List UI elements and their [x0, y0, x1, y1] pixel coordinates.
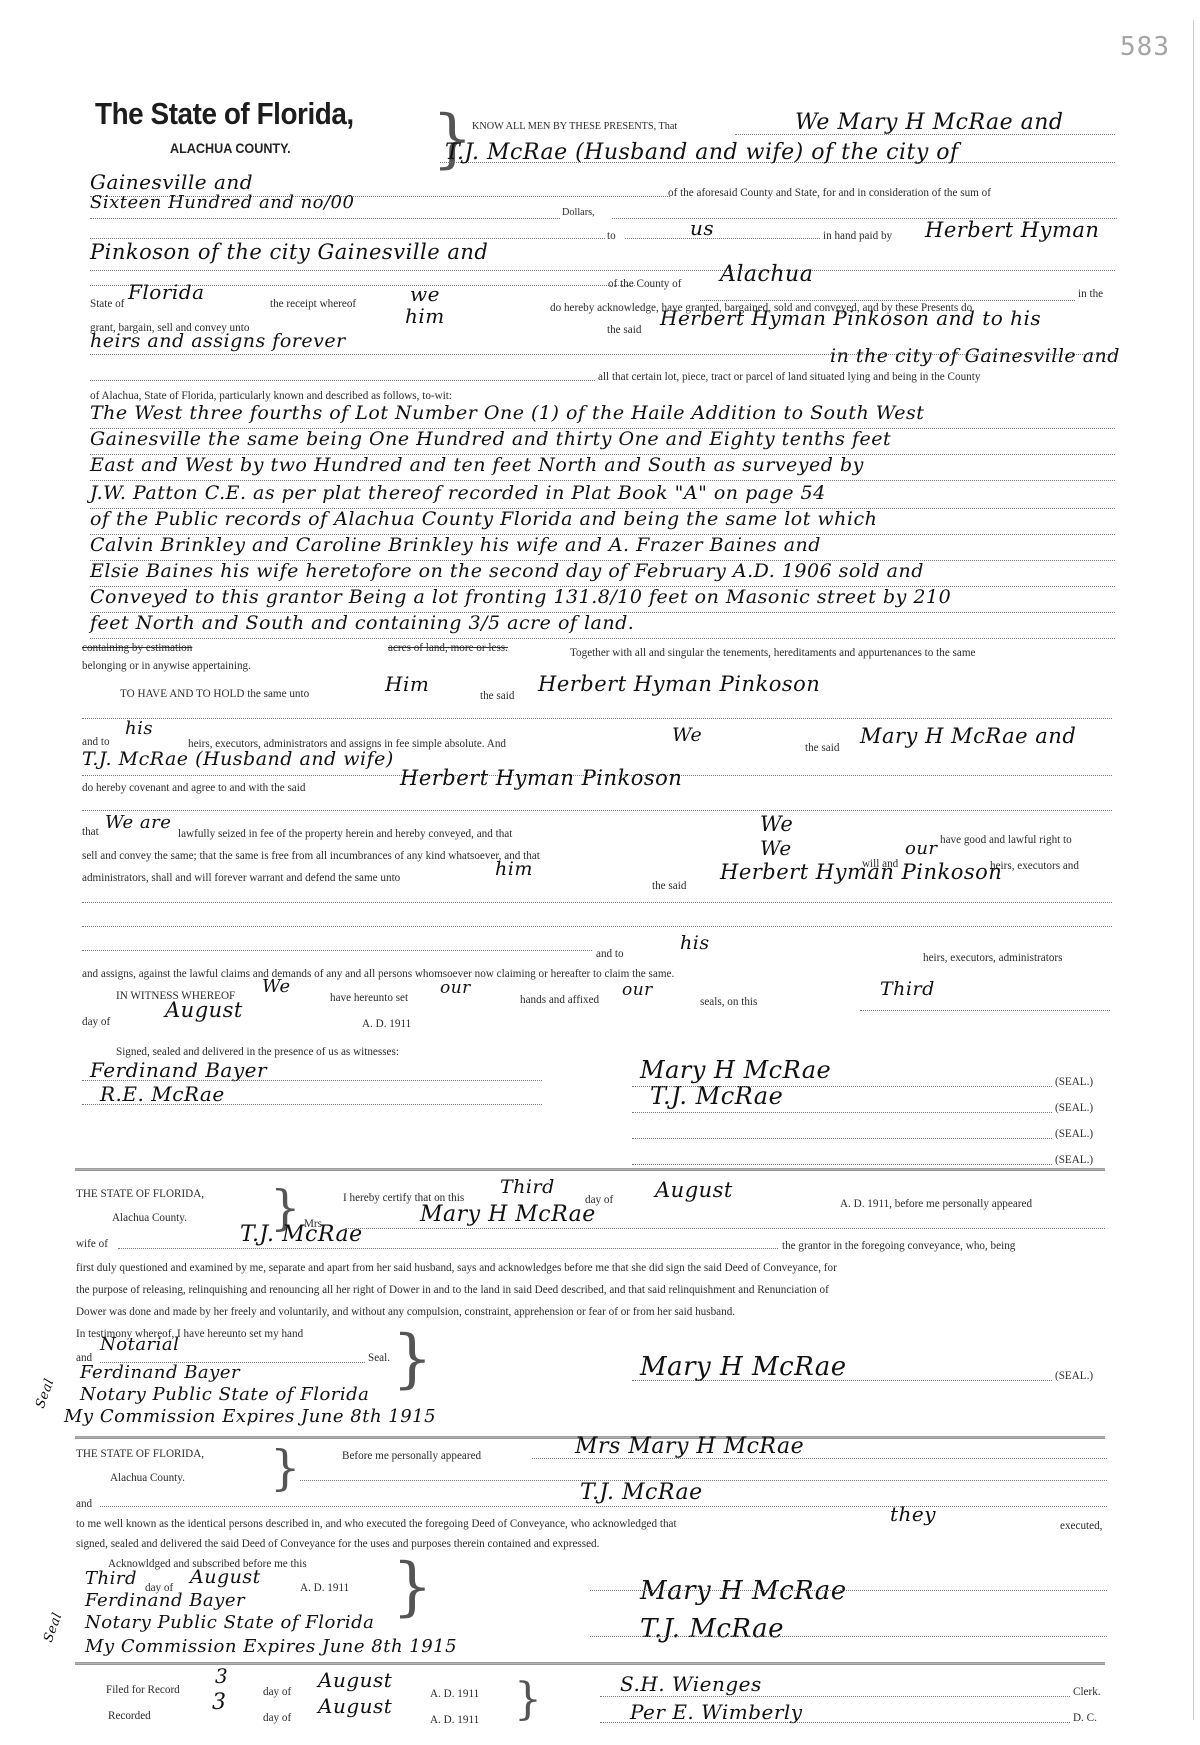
- document-title: The State of Florida,: [95, 96, 354, 132]
- fill-line: [82, 926, 1112, 927]
- heirs-exec-label: heirs, executors and: [990, 858, 1079, 873]
- fill-line: [90, 428, 1115, 429]
- fill-line: [90, 586, 1115, 587]
- wife-of-handwriting: T.J. McRae: [240, 1222, 363, 1247]
- description-line: The West three fourths of Lot Number One…: [90, 402, 924, 424]
- known-text: to me well known as the identical person…: [76, 1516, 677, 1531]
- dower-ad-text: A. D. 1911, before me personally appeare…: [840, 1196, 1032, 1211]
- grantee-handwriting: Herbert Hyman: [925, 218, 1099, 242]
- brace-icon: }: [514, 1674, 542, 1725]
- county-heading: ALACHUA COUNTY.: [170, 140, 291, 156]
- fill-line: [90, 534, 1115, 535]
- filed-day-of: day of: [263, 1684, 291, 1699]
- signature-line: [590, 1590, 1107, 1591]
- page-edge: [1193, 20, 1194, 1720]
- ack-month-handwriting: August: [190, 1566, 261, 1588]
- signature-line: [632, 1112, 1052, 1113]
- fill-line: [532, 1458, 1107, 1459]
- grantors-handwriting-2: T.J. McRae (Husband and wife) of the cit…: [445, 140, 959, 165]
- receipt-handwriting: we: [410, 282, 440, 306]
- admin-text: administrators, shall and will forever w…: [82, 870, 400, 885]
- signature-line: [82, 1104, 542, 1105]
- fill-line: [82, 810, 1112, 811]
- day-handwriting: Third: [880, 978, 935, 1000]
- dower-month-handwriting: August: [655, 1178, 733, 1202]
- fill-line: [625, 238, 820, 239]
- signature-line: [632, 1086, 1052, 1087]
- alachua-text: of Alachua, State of Florida, particular…: [90, 388, 452, 403]
- habendum-text: TO HAVE AND TO HOLD the same unto: [120, 686, 309, 701]
- notarial-handwriting: Notarial: [100, 1334, 179, 1355]
- signature-line: [600, 1696, 1070, 1697]
- signed-text: Signed, sealed and delivered in the pres…: [116, 1044, 399, 1059]
- fill-line: [82, 950, 592, 951]
- wife-of-label: wife of: [76, 1236, 108, 1251]
- brace-icon: }: [270, 1440, 301, 1496]
- belonging-text: belonging or in anywise appertaining.: [82, 658, 251, 673]
- fill-line: [90, 638, 1115, 639]
- section-divider: [75, 1168, 1105, 1171]
- recorded-day-of: day of: [263, 1710, 291, 1725]
- before-handwriting: Mrs Mary H McRae: [575, 1434, 804, 1459]
- grantors-handwriting: We Mary H McRae and: [795, 110, 1064, 135]
- clerk-signature: S.H. Wienges: [620, 1672, 762, 1696]
- acres-text: acres of land, more or less.: [388, 640, 508, 655]
- fill-line: [118, 1248, 778, 1249]
- recorded-day-handwriting: 3: [212, 1690, 227, 1715]
- deputy-clerk-signature: Per E. Wimberly: [630, 1700, 803, 1724]
- fill-line: [860, 1010, 1110, 1011]
- dower-paragraph: Dower was done and made by her freely an…: [76, 1304, 735, 1319]
- seals-label: seals, on this: [700, 994, 757, 1009]
- the-said-label: the said: [652, 878, 686, 893]
- affixed-handwriting: our: [622, 980, 653, 1000]
- before-text: Before me personally appeared: [342, 1448, 481, 1463]
- to-label: to: [607, 228, 616, 243]
- that-handwriting: We are: [105, 812, 171, 833]
- mrs-handwriting: Mary H McRae: [420, 1202, 596, 1227]
- assigns-text: and assigns, against the lawful claims a…: [82, 966, 674, 981]
- state-handwriting: Florida: [128, 280, 205, 304]
- grant-said-handwriting: Herbert Hyman Pinkoson and to his: [660, 306, 1041, 330]
- hereunto-handwriting: our: [440, 978, 471, 998]
- and-to-label: and to: [82, 734, 110, 749]
- recorded-ad: A. D. 1911: [430, 1712, 479, 1727]
- known-handwriting: they: [890, 1502, 936, 1526]
- seized-handwriting: We: [760, 812, 793, 836]
- state-of-label: State of: [90, 296, 124, 311]
- fill-line: [90, 508, 1115, 509]
- page-number: 583: [1120, 32, 1170, 62]
- ack-signed-text: signed, sealed and delivered the said De…: [76, 1536, 599, 1551]
- dollars-label: Dollars,: [562, 206, 595, 218]
- admin-handwriting: him: [495, 858, 533, 880]
- fill-line: [82, 902, 1112, 903]
- grantor-text: the grantor in the foregoing conveyance,…: [782, 1238, 1015, 1253]
- seal-label: (SEAL.): [1055, 1126, 1093, 1141]
- certify-day-handwriting: Third: [500, 1176, 555, 1198]
- heirs-handwriting: heirs and assigns forever: [90, 330, 346, 352]
- and-said-handwriting-2: T.J. McRae (Husband and wife): [82, 748, 394, 770]
- together-text: Together with all and singular the tenem…: [570, 645, 975, 660]
- signature-line: [632, 1164, 1052, 1165]
- and-said-handwriting: Mary H McRae and: [860, 724, 1076, 748]
- witness-signature: R.E. McRae: [100, 1082, 225, 1106]
- ack-state: THE STATE OF FLORIDA,: [76, 1446, 204, 1461]
- habendum-said-handwriting: Herbert Hyman Pinkoson: [538, 672, 820, 696]
- fill-line: [82, 718, 1112, 719]
- description-line: Conveyed to this grantor Being a lot fro…: [90, 586, 951, 608]
- grantee-handwriting-2: Pinkoson of the city Gainesville and: [90, 240, 488, 264]
- description-line: Calvin Brinkley and Caroline Brinkley hi…: [90, 534, 821, 556]
- right-text: have good and lawful right to: [940, 832, 1072, 847]
- county-state-text: of the aforesaid County and State, for a…: [668, 185, 991, 200]
- grantors-handwriting-3: Gainesville and: [90, 170, 253, 194]
- signature-line: [82, 1080, 542, 1081]
- filed-ad: A. D. 1911: [430, 1686, 479, 1701]
- dc-label: D. C.: [1073, 1710, 1097, 1725]
- notary-handwriting: Notary Public State of Florida: [80, 1384, 369, 1405]
- witness-signature: Ferdinand Bayer: [90, 1058, 267, 1082]
- of-county-label: of the County of: [608, 276, 681, 291]
- will-handwriting: our: [905, 838, 938, 859]
- seal-label: (SEAL.): [1055, 1152, 1093, 1167]
- and-handwriting: We: [672, 724, 702, 746]
- ack-ad-label: A. D. 1911: [300, 1580, 349, 1595]
- filed-day-handwriting: 3: [215, 1664, 228, 1688]
- dower-state: THE STATE OF FLORIDA,: [76, 1186, 204, 1201]
- seal-label: (SEAL.): [1055, 1074, 1093, 1089]
- day-of-label: day of: [82, 1014, 110, 1029]
- fill-line: [90, 612, 1115, 613]
- description-line: J.W. Patton C.E. as per plat thereof rec…: [90, 482, 826, 504]
- ad-label: A. D. 1911: [362, 1016, 411, 1031]
- description-line: Gainesville the same being One Hundred a…: [90, 428, 891, 450]
- recorded-month-handwriting: August: [318, 1694, 392, 1718]
- ack-and-handwriting: T.J. McRae: [580, 1480, 703, 1505]
- notary-seal-stamp: Seal: [33, 1377, 58, 1411]
- the-said-label: the said: [607, 322, 641, 337]
- in-the-label: in the: [1078, 286, 1103, 301]
- ack-notary-handwriting: My Commission Expires June 8th 1915: [85, 1636, 457, 1657]
- dower-county: Alachua County.: [112, 1210, 187, 1225]
- the-said-label: the said: [480, 688, 514, 703]
- seal-label: (SEAL.): [1055, 1368, 1093, 1383]
- witness-handwriting: We: [262, 976, 291, 997]
- fill-line: [90, 238, 605, 239]
- heirs-exec-admin-label: heirs, executors, administrators: [923, 950, 1062, 965]
- fill-line: [300, 1480, 1107, 1481]
- ack-and-label: and: [76, 1496, 92, 1511]
- hands-label: hands and affixed: [520, 992, 599, 1007]
- description-line: Elsie Baines his wife heretofore on the …: [90, 560, 924, 582]
- dower-signature: Mary H McRae: [640, 1352, 847, 1382]
- notary-handwriting: My Commission Expires June 8th 1915: [64, 1406, 436, 1427]
- fill-line: [90, 454, 1115, 455]
- brace-icon: }: [392, 1322, 433, 1396]
- fill-line: [90, 380, 595, 381]
- fill-line: [345, 1228, 1105, 1229]
- grant-handwriting: him: [405, 304, 445, 328]
- ack-signature: T.J. McRae: [640, 1614, 784, 1644]
- fill-line: [90, 270, 1115, 271]
- brace-icon: }: [392, 1550, 433, 1624]
- ack-notary-handwriting: Ferdinand Bayer: [85, 1590, 245, 1611]
- recorded-label: Recorded: [108, 1708, 151, 1723]
- lot-text: all that certain lot, piece, tract or pa…: [598, 369, 980, 384]
- fill-line: [90, 480, 1115, 481]
- admin-said-handwriting: Herbert Hyman Pinkoson: [720, 860, 1002, 884]
- description-line: of the Public records of Alachua County …: [90, 508, 877, 530]
- ack-county: Alachua County.: [110, 1470, 185, 1485]
- ack-signature: Mary H McRae: [640, 1576, 847, 1606]
- sell-handwriting: We: [760, 836, 792, 860]
- signature-line: [600, 1722, 1070, 1723]
- month-handwriting: August: [165, 998, 243, 1022]
- section-divider: [75, 1662, 1105, 1665]
- executed-label: executed,: [1060, 1518, 1102, 1533]
- covenant-text: do hereby covenant and agree to and with…: [82, 780, 305, 795]
- notary-handwriting: Ferdinand Bayer: [80, 1362, 240, 1383]
- filed-month-handwriting: August: [318, 1668, 392, 1692]
- signature-line: [632, 1380, 1052, 1381]
- filed-label: Filed for Record: [106, 1682, 180, 1697]
- description-line: feet North and South and containing 3/5 …: [90, 612, 634, 634]
- that-label: that: [82, 824, 99, 839]
- signature-line: [590, 1636, 1107, 1637]
- ack-day-handwriting: Third: [85, 1568, 137, 1589]
- signature-line: [632, 1138, 1052, 1139]
- description-line: East and West by two Hundred and ten fee…: [90, 454, 864, 476]
- receipt-label: the receipt whereof: [270, 296, 356, 311]
- and-to-handwriting: his: [125, 718, 153, 739]
- notary-seal-stamp: Seal: [41, 1611, 66, 1645]
- and-to-label-2: and to: [596, 946, 624, 961]
- to-handwriting: us: [690, 216, 714, 240]
- and-to-handwriting-2: his: [680, 932, 710, 954]
- county-handwriting: Alachua: [720, 262, 813, 287]
- seized-text: lawfully seized in fee of the property h…: [178, 826, 512, 841]
- covenant-handwriting: Herbert Hyman Pinkoson: [400, 766, 682, 790]
- hereunto-label: have hereunto set: [330, 990, 408, 1005]
- fill-line: [90, 560, 1115, 561]
- fill-line: [90, 218, 560, 219]
- grantor-signature: Mary H McRae: [640, 1056, 831, 1084]
- dower-paragraph: first duly questioned and examined by me…: [76, 1260, 837, 1275]
- hand-paid-label: in hand paid by: [823, 228, 892, 243]
- dower-paragraph: the purpose of releasing, relinquishing …: [76, 1282, 829, 1297]
- fill-line: [100, 1506, 1107, 1507]
- seal-label: (SEAL.): [1055, 1100, 1093, 1115]
- seal-text: Seal.: [368, 1350, 390, 1365]
- clerk-label: Clerk.: [1073, 1684, 1101, 1699]
- intro-text: KNOW ALL MEN BY THESE PRESENTS, That: [472, 120, 677, 132]
- estimation-text: containing by estimation: [82, 640, 192, 655]
- deed-page: 583 The State of Florida, ALACHUA COUNTY…: [0, 0, 1200, 1745]
- sum-handwriting: Sixteen Hundred and no/00: [90, 192, 354, 213]
- sell-text: sell and convey the same; that the same …: [82, 848, 540, 863]
- situated-handwriting: in the city of Gainesville and: [830, 345, 1120, 367]
- habendum-handwriting: Him: [385, 672, 429, 696]
- the-said-label: the said: [805, 740, 839, 755]
- ack-notary-handwriting: Notary Public State of Florida: [85, 1612, 374, 1633]
